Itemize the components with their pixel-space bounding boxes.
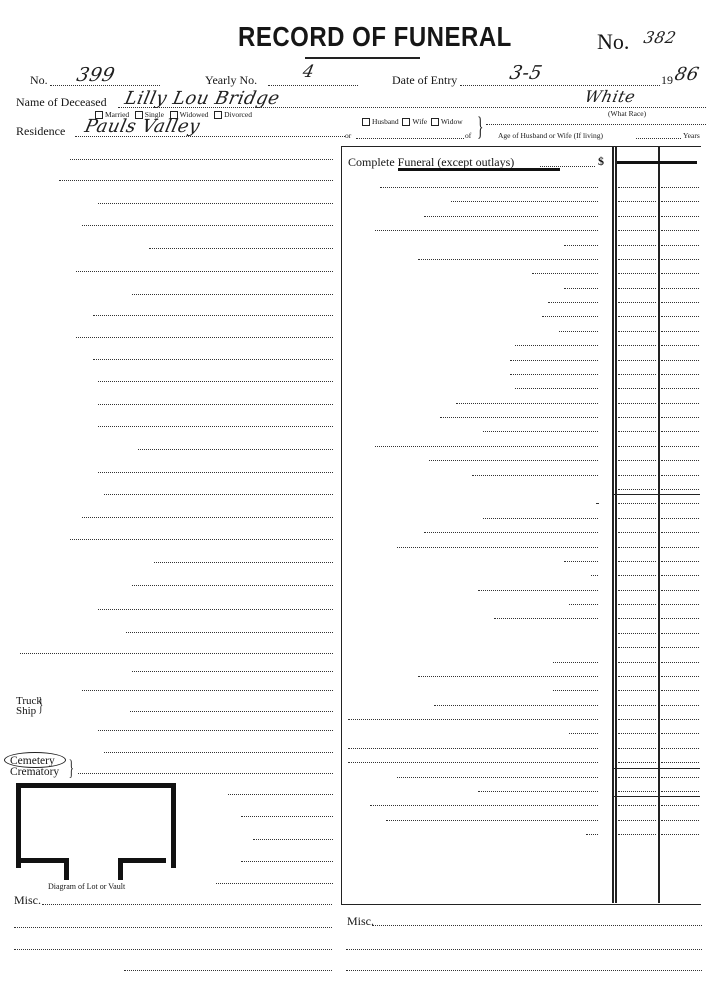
his-address-line bbox=[82, 690, 333, 691]
wife-checkbox[interactable] bbox=[402, 118, 410, 126]
amount-dollars-cell[interactable] bbox=[618, 302, 656, 303]
amount-cents-cell[interactable] bbox=[661, 618, 699, 619]
amount-cents-cell[interactable] bbox=[661, 561, 699, 562]
amount-cents-cell[interactable] bbox=[661, 360, 699, 361]
charge-row-line bbox=[548, 302, 598, 303]
charge-row-line bbox=[424, 532, 598, 533]
amount-dollars-cell[interactable] bbox=[618, 259, 656, 260]
amount-cents-cell[interactable] bbox=[661, 805, 699, 806]
name-value[interactable]: Lilly Lou Bridge bbox=[123, 88, 282, 109]
contributory-causes-line bbox=[126, 632, 333, 633]
amount-dollars-cell[interactable] bbox=[618, 633, 656, 634]
charge-row-line bbox=[434, 705, 598, 706]
amount-cents-cell[interactable] bbox=[661, 705, 699, 706]
amount-dollars-cell[interactable] bbox=[618, 503, 656, 504]
charge-row-line bbox=[510, 374, 598, 375]
or-label: or bbox=[345, 131, 351, 140]
amount-cents-cell[interactable] bbox=[661, 460, 699, 461]
amount-cents-cell[interactable] bbox=[661, 302, 699, 303]
spouse-line bbox=[486, 124, 706, 125]
amount-dollars-cell[interactable] bbox=[618, 575, 656, 576]
amount-dollars-cell[interactable] bbox=[618, 805, 656, 806]
charge-row-line bbox=[424, 216, 598, 217]
amount-dollars-cell[interactable] bbox=[618, 216, 656, 217]
amount-dollars-cell[interactable] bbox=[618, 360, 656, 361]
brace: } bbox=[69, 755, 74, 781]
amount-cents-cell[interactable] bbox=[661, 662, 699, 663]
amount-cents-cell[interactable] bbox=[661, 820, 699, 821]
misc-right-label: Misc. bbox=[347, 914, 374, 929]
amount-dollars-cell[interactable] bbox=[618, 662, 656, 663]
age-spouse-line bbox=[636, 138, 681, 139]
charge-row-line bbox=[510, 360, 598, 361]
charge-row-line bbox=[478, 590, 598, 591]
cemetery-line bbox=[78, 773, 333, 774]
how-secured-line bbox=[82, 225, 333, 226]
charge-row-line bbox=[553, 662, 598, 663]
amount-cents-cell[interactable] bbox=[661, 690, 699, 691]
amount-dollars-cell[interactable] bbox=[618, 187, 656, 188]
amount-cents-cell[interactable] bbox=[661, 590, 699, 591]
amount-cents-cell[interactable] bbox=[661, 633, 699, 634]
amount-dollars-cell[interactable] bbox=[618, 288, 656, 289]
amount-dollars-cell[interactable] bbox=[618, 676, 656, 677]
date-of-entry-label: Date of Entry bbox=[392, 73, 457, 88]
of-label: of bbox=[465, 131, 471, 140]
charge-row-line bbox=[397, 547, 598, 548]
amount-dollars-cell[interactable] bbox=[618, 230, 656, 231]
amount-cents-cell[interactable] bbox=[661, 676, 699, 677]
address-line bbox=[59, 180, 333, 181]
amount-cents-cell[interactable] bbox=[661, 345, 699, 346]
lot-diagram-post-left bbox=[64, 858, 69, 880]
name-label: Name of Deceased bbox=[16, 95, 107, 110]
amount-dollars-cell[interactable] bbox=[618, 834, 656, 835]
spouse-options: Husband Wife Widow bbox=[362, 117, 463, 126]
amount-dollars-cell[interactable] bbox=[618, 489, 656, 490]
amount-column-divider-2 bbox=[658, 146, 660, 903]
amount-dollars-cell[interactable] bbox=[618, 705, 656, 706]
charge-row-line bbox=[483, 518, 598, 519]
charge-row-line bbox=[348, 748, 598, 749]
husband-checkbox[interactable] bbox=[362, 118, 370, 126]
certifying-physician-line bbox=[132, 671, 333, 672]
charge-row-line bbox=[397, 777, 598, 778]
amount-dollars-cell[interactable] bbox=[618, 245, 656, 246]
amount-dollars-cell[interactable] bbox=[618, 590, 656, 591]
amount-cents-cell[interactable] bbox=[661, 777, 699, 778]
charge-row-line bbox=[375, 230, 598, 231]
sales-tax-rule bbox=[614, 768, 700, 769]
record-number-label: No. bbox=[597, 29, 629, 55]
form-title: RECORD OF FUNERAL bbox=[238, 22, 512, 54]
charge-row-line bbox=[451, 201, 598, 202]
amount-cents-cell[interactable] bbox=[661, 475, 699, 476]
record-number-value[interactable]: 382 bbox=[642, 28, 678, 47]
amount-cents-cell[interactable] bbox=[661, 259, 699, 260]
wife-label: Wife bbox=[412, 117, 427, 126]
amount-cents-cell[interactable] bbox=[661, 316, 699, 317]
date-of-entry-value[interactable]: 3-5 bbox=[508, 62, 545, 84]
charge-row-line bbox=[564, 561, 598, 562]
amount-cents-cell[interactable] bbox=[661, 273, 699, 274]
amount-cents-cell[interactable] bbox=[661, 748, 699, 749]
charge-row-line bbox=[478, 791, 598, 792]
header-total-bar bbox=[617, 161, 697, 164]
or-line bbox=[356, 138, 464, 139]
amount-cents-cell[interactable] bbox=[661, 187, 699, 188]
amount-cents-cell[interactable] bbox=[661, 201, 699, 202]
date-of-funeral-line bbox=[104, 494, 333, 495]
yearly-no-value[interactable]: 4 bbox=[301, 62, 317, 82]
remains-to-line bbox=[130, 711, 333, 712]
charge-row-line bbox=[418, 259, 598, 260]
charge-row-line bbox=[586, 834, 598, 835]
clergyman-line bbox=[70, 539, 333, 540]
maiden-name-of-mother-line bbox=[138, 449, 333, 450]
charge-row-line bbox=[483, 431, 598, 432]
lot-diagram-post-right bbox=[118, 858, 123, 880]
charge-row-line bbox=[472, 475, 598, 476]
amount-cents-cell[interactable] bbox=[661, 647, 699, 648]
amount-dollars-cell[interactable] bbox=[618, 417, 656, 418]
pall-bearer-rule bbox=[614, 494, 700, 495]
amount-dollars-cell[interactable] bbox=[618, 316, 656, 317]
cause-of-death-line bbox=[98, 609, 333, 610]
amount-cents-cell[interactable] bbox=[661, 403, 699, 404]
lot-no-line bbox=[228, 794, 333, 795]
amount-cents-cell[interactable] bbox=[661, 388, 699, 389]
amount-cents-cell[interactable] bbox=[661, 518, 699, 519]
husband-label: Husband bbox=[372, 117, 399, 126]
lot-diagram-edge-right bbox=[118, 858, 166, 863]
amount-dollars-cell[interactable] bbox=[618, 374, 656, 375]
residence-label: Residence bbox=[16, 124, 65, 139]
charge-row-line bbox=[380, 187, 598, 188]
amount-dollars-cell[interactable] bbox=[618, 820, 656, 821]
amount-dollars-cell[interactable] bbox=[618, 532, 656, 533]
amount-dollars-cell[interactable] bbox=[618, 604, 656, 605]
amount-dollars-cell[interactable] bbox=[618, 719, 656, 720]
amount-dollars-cell[interactable] bbox=[618, 518, 656, 519]
services-at-line bbox=[82, 517, 333, 518]
religion-of-the-deceased-line bbox=[154, 562, 333, 563]
charge-row-line bbox=[348, 762, 598, 763]
widow-label: Widow bbox=[441, 117, 463, 126]
charges-header-underline bbox=[398, 168, 560, 171]
order-given-by-line bbox=[98, 203, 333, 204]
amount-dollars-cell[interactable] bbox=[618, 431, 656, 432]
charge-row-line bbox=[494, 618, 598, 619]
divorced-label: Divorced bbox=[224, 110, 252, 119]
charge-row-line bbox=[569, 604, 598, 605]
amount-dollars-cell[interactable] bbox=[618, 403, 656, 404]
less-rule bbox=[614, 796, 700, 797]
no-value[interactable]: 399 bbox=[75, 64, 117, 86]
charge-row-line bbox=[564, 245, 598, 246]
charge-row-line bbox=[515, 345, 598, 346]
size-of-casket-line bbox=[98, 730, 333, 731]
race-caption: (What Race) bbox=[608, 109, 646, 118]
misc-left-line-3 bbox=[14, 949, 332, 950]
amount-dollars-cell[interactable] bbox=[618, 762, 656, 763]
amount-dollars-cell[interactable] bbox=[618, 273, 656, 274]
amount-dollars-cell[interactable] bbox=[618, 460, 656, 461]
misc-left-line-4 bbox=[124, 970, 332, 971]
name-of-father-line bbox=[98, 404, 333, 405]
amount-column-divider-1 bbox=[612, 146, 614, 903]
charge-row-line bbox=[429, 460, 598, 461]
amount-cents-cell[interactable] bbox=[661, 245, 699, 246]
amount-dollars-cell[interactable] bbox=[618, 475, 656, 476]
date-of-entry-line bbox=[460, 85, 660, 86]
amount-cents-cell[interactable] bbox=[661, 431, 699, 432]
lot-diagram-edge-left bbox=[16, 858, 64, 863]
amount-cents-cell[interactable] bbox=[661, 216, 699, 217]
amount-dollars-cell[interactable] bbox=[618, 331, 656, 332]
amount-cents-cell[interactable] bbox=[661, 547, 699, 548]
charge-row-line bbox=[532, 273, 598, 274]
charge-row-line bbox=[542, 316, 598, 317]
charge-row-line bbox=[375, 446, 598, 447]
brace: } bbox=[477, 112, 483, 142]
amount-cents-cell[interactable] bbox=[661, 417, 699, 418]
misc-right-line-2 bbox=[346, 949, 702, 950]
lot-diagram-caption: Diagram of Lot or Vault bbox=[48, 882, 125, 891]
amount-cents-cell[interactable] bbox=[661, 532, 699, 533]
race-value[interactable]: White bbox=[583, 87, 637, 106]
charge-row-line bbox=[591, 575, 598, 576]
amount-cents-cell[interactable] bbox=[661, 575, 699, 576]
amount-dollars-cell[interactable] bbox=[618, 647, 656, 648]
charge-row-line bbox=[370, 805, 598, 806]
charge-row-line bbox=[569, 733, 598, 734]
his-birthplace-line bbox=[98, 426, 333, 427]
charge-row-line bbox=[559, 331, 598, 332]
amount-dollars-cell[interactable] bbox=[618, 777, 656, 778]
employer-and-address-line bbox=[132, 294, 333, 295]
date-of-death-line bbox=[93, 359, 333, 360]
amount-dollars-cell[interactable] bbox=[618, 733, 656, 734]
amount-cents-cell[interactable] bbox=[661, 834, 699, 835]
divorced-checkbox[interactable] bbox=[214, 111, 222, 119]
amount-cents-cell[interactable] bbox=[661, 446, 699, 447]
her-birthplace-line bbox=[98, 472, 333, 473]
no-label: No. bbox=[30, 73, 48, 88]
amount-cents-cell[interactable] bbox=[661, 374, 699, 375]
amount-dollars-cell[interactable] bbox=[618, 690, 656, 691]
brace: } bbox=[38, 694, 43, 717]
amount-cents-cell[interactable] bbox=[661, 230, 699, 231]
resided-in-the-state-line bbox=[132, 585, 333, 586]
charge-row-line bbox=[386, 820, 598, 821]
year-value[interactable]: 86 bbox=[673, 64, 701, 85]
misc-left-label: Misc. bbox=[14, 893, 41, 908]
block-no-line bbox=[241, 861, 333, 862]
charge-row-line bbox=[553, 690, 598, 691]
date-of-birth-line bbox=[93, 315, 333, 316]
amount-cents-cell[interactable] bbox=[661, 762, 699, 763]
age-spouse-label: Age of Husband or Wife (If living) bbox=[498, 131, 603, 140]
residence-value[interactable]: Pauls Valley bbox=[83, 116, 202, 137]
amount-cents-cell[interactable] bbox=[661, 489, 699, 490]
charge-row-line bbox=[564, 288, 598, 289]
charge-row-line bbox=[456, 403, 598, 404]
amount-dollars-cell[interactable] bbox=[618, 748, 656, 749]
amount-dollars-cell[interactable] bbox=[618, 345, 656, 346]
grave-no-line bbox=[241, 816, 333, 817]
occupation-line bbox=[76, 271, 333, 272]
blank-line bbox=[20, 653, 333, 654]
amount-cents-cell[interactable] bbox=[661, 331, 699, 332]
misc-right-line-1 bbox=[372, 925, 702, 926]
widow-checkbox[interactable] bbox=[431, 118, 439, 126]
amount-cents-cell[interactable] bbox=[661, 791, 699, 792]
charges-header-line bbox=[540, 166, 595, 167]
amount-dollars-cell[interactable] bbox=[618, 446, 656, 447]
amount-dollars-cell[interactable] bbox=[618, 618, 656, 619]
yearly-no-line bbox=[268, 85, 358, 86]
amount-cents-cell[interactable] bbox=[661, 604, 699, 605]
manufactured-by-line bbox=[104, 752, 333, 753]
year-prefix: 19 bbox=[661, 73, 673, 88]
if-veteran-name-of-war-line bbox=[149, 248, 333, 249]
misc-right-line-3 bbox=[346, 970, 702, 971]
place-of-death-line bbox=[98, 381, 333, 382]
amount-column-divider-1b bbox=[615, 146, 617, 903]
charge-to-line bbox=[70, 159, 333, 160]
charge-row-line bbox=[348, 719, 598, 720]
years-label: Years bbox=[683, 131, 700, 140]
charges-header-text: Complete Funeral (except outlays) bbox=[348, 155, 514, 169]
cemetery-circle bbox=[4, 752, 66, 768]
amount-cents-cell[interactable] bbox=[661, 719, 699, 720]
amount-dollars-cell[interactable] bbox=[618, 201, 656, 202]
yearly-no-label: Yearly No. bbox=[205, 73, 257, 88]
amount-dollars-cell[interactable] bbox=[618, 388, 656, 389]
misc-left-line-2 bbox=[14, 927, 332, 928]
owner-line bbox=[216, 883, 333, 884]
section-no-line bbox=[253, 839, 333, 840]
charge-row-line bbox=[515, 388, 598, 389]
title-underline bbox=[305, 57, 420, 59]
misc-left-line-1 bbox=[42, 904, 332, 905]
charges-header-currency: $ bbox=[598, 154, 604, 169]
charge-row-line bbox=[440, 417, 598, 418]
amount-cents-cell[interactable] bbox=[661, 503, 699, 504]
amount-dollars-cell[interactable] bbox=[618, 561, 656, 562]
charge-row-line bbox=[596, 503, 598, 504]
charge-row-line bbox=[418, 676, 598, 677]
amount-dollars-cell[interactable] bbox=[618, 791, 656, 792]
birthplace-line bbox=[76, 337, 333, 338]
amount-cents-cell[interactable] bbox=[661, 733, 699, 734]
amount-dollars-cell[interactable] bbox=[618, 547, 656, 548]
lot-diagram bbox=[16, 783, 176, 868]
amount-cents-cell[interactable] bbox=[661, 288, 699, 289]
